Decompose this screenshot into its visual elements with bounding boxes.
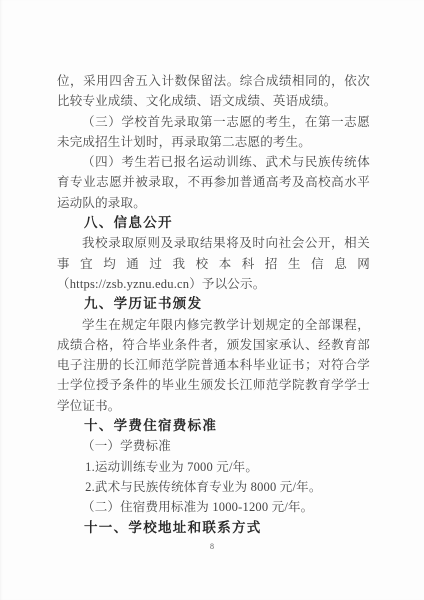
paragraph-tuition-standard-label: （一）学费标准	[57, 436, 370, 456]
paragraph-first-choice-admission: （三）学校首先录取第一志愿的考生，在第一志愿未完成招生计划时，再录取第二志愿的考…	[57, 112, 370, 153]
page-number: 8	[0, 542, 424, 552]
list-item-tuition-sports-training: 1.运动训练专业为 7000 元/年。	[57, 457, 370, 477]
document-body: 位，采用四舍五入计数保留法。综合成绩相同的，依次比较专业成绩、文化成绩、语文成绩…	[57, 71, 370, 538]
paragraph-accommodation-fee: （二）住宿费用标准为 1000-1200 元/年。	[57, 497, 370, 517]
paragraph-diploma-issuance: 学生在规定年限内修完教学计划规定的全部课程，成绩合格，符合毕业条件者，颁发国家承…	[57, 315, 370, 416]
list-item-tuition-wushu: 2.武术与民族传统体育专业为 8000 元/年。	[57, 477, 370, 497]
section-heading-diploma-issuance: 九、学历证书颁发	[57, 294, 370, 314]
paragraph-no-gaokao-after-admission: （四）考生若已报名运动训练、武术与民族传统体育专业志愿并被录取，不再参加普通高考…	[57, 152, 370, 213]
paragraph-score-rounding: 位，采用四舍五入计数保留法。综合成绩相同的，依次比较专业成绩、文化成绩、语文成绩…	[57, 71, 370, 112]
section-heading-tuition-accommodation: 十、学费住宿费标准	[57, 416, 370, 436]
section-heading-information-disclosure: 八、信息公开	[57, 213, 370, 233]
section-heading-address-contact: 十一、学校地址和联系方式	[57, 518, 370, 538]
paragraph-information-disclosure: 我校录取原则及录取结果将及时向社会公开，相关事宜均通过我校本科招生信息网（htt…	[57, 233, 370, 294]
document-page: 位，采用四舍五入计数保留法。综合成绩相同的，依次比较专业成绩、文化成绩、语文成绩…	[0, 0, 424, 600]
